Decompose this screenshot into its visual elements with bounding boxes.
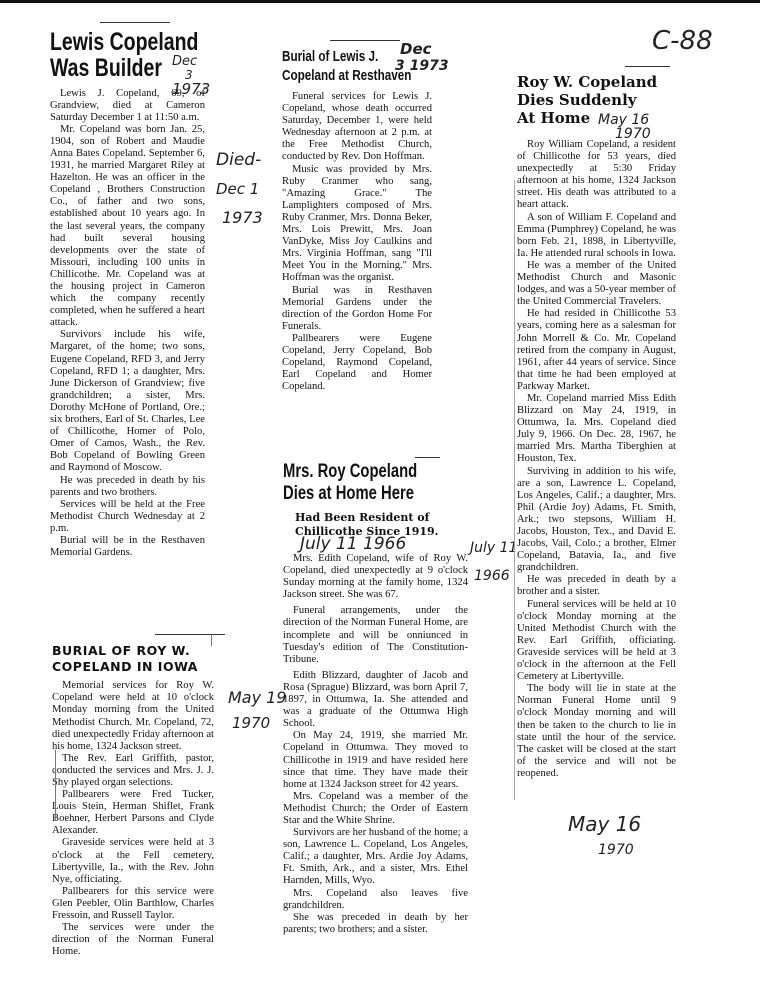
paragraph: She was preceded in death by her parents… — [283, 912, 468, 936]
clip-edge — [514, 180, 515, 800]
paragraph: Mr. Copeland was born Jan. 25, 1904, son… — [50, 124, 205, 330]
headline-line-2: Copeland at Resthaven — [282, 66, 399, 85]
paragraph: Graveside services were held at 3 o'cloc… — [52, 837, 214, 885]
margin-note: 1973 — [222, 208, 263, 227]
headline-line-1: Burial of Lewis J. — [282, 47, 399, 66]
article-burial-roy-iowa: BURIAL OF ROY W. COPELAND IN IOWA Memori… — [52, 643, 214, 958]
handwritten-date: 1973 — [172, 80, 210, 98]
paragraph: Pallbearers were Eugene Copeland, Jerry … — [282, 333, 432, 393]
headline-line-3: At Home — [517, 109, 676, 127]
margin-note: Died- — [216, 150, 261, 170]
paragraph: Music was provided by Mrs. Ruby Cranmer … — [282, 164, 432, 285]
handwritten-date: Dec — [400, 40, 432, 58]
paragraph: Pallbearers were Fred Tucker, Louis Stei… — [52, 789, 214, 837]
paragraph: He was a member of the United Methodist … — [517, 260, 676, 308]
headline-line-1: Mrs. Roy Copeland — [283, 461, 427, 483]
paragraph: He was preceded in death by his parents … — [50, 475, 205, 499]
page-label: C-88 — [652, 26, 713, 56]
article-body: Mrs. Edith Copeland, wife of Roy W. Cope… — [283, 553, 468, 936]
divider-rule — [330, 40, 400, 41]
article-body: Roy William Copeland, a resident of Chil… — [517, 139, 676, 780]
headline-line-1: Roy W. Copeland — [517, 73, 676, 91]
handwritten-date: 3 1973 — [395, 58, 449, 74]
paragraph: Services will be held at the Free Method… — [50, 499, 205, 535]
headline-line-1: Lewis Copeland — [50, 29, 171, 55]
clip-edge — [55, 750, 56, 820]
margin-note: July 11 — [470, 540, 517, 556]
divider-rule — [415, 457, 440, 458]
article-roy-dies-suddenly: Roy W. Copeland Dies Suddenly At Home Ro… — [517, 73, 676, 780]
article-body: Funeral services for Lewis J. Copeland, … — [282, 91, 432, 393]
paragraph: The Rev. Earl Griffith, pastor, conducte… — [52, 753, 214, 789]
article-body: Lewis J. Copeland, 69, of Grandview, die… — [50, 88, 205, 560]
handwritten-date: July 11 1966 — [300, 534, 406, 554]
paragraph: Roy William Copeland, a resident of Chil… — [517, 139, 676, 212]
paragraph: The body will lie in state at the Norman… — [517, 683, 676, 780]
handwritten-date: 1970 — [615, 126, 651, 142]
margin-note: Dec 1 — [216, 180, 259, 198]
paragraph: Mrs. Copeland was a member of the Method… — [283, 791, 468, 827]
paragraph: Pallbearers for this service were Glen P… — [52, 886, 214, 922]
divider-rule — [625, 66, 670, 67]
scan-top-edge — [0, 0, 760, 3]
paragraph: Surviving in addition to his wife, are a… — [517, 466, 676, 575]
paragraph: Funeral services for Lewis J. Copeland, … — [282, 91, 432, 164]
paragraph: Burial was in Resthaven Memorial Gardens… — [282, 285, 432, 333]
handwritten-date: Dec — [172, 54, 197, 69]
headline-line-2: Dies at Home Here — [283, 483, 427, 505]
headline-line-2: Was Builder — [50, 55, 171, 81]
divider-rule — [155, 634, 225, 635]
paragraph: Memorial services for Roy W. Copeland we… — [52, 680, 214, 753]
paragraph: Edith Blizzard, daughter of Jacob and Ro… — [283, 670, 468, 730]
margin-note: May 16 — [568, 812, 641, 836]
paragraph: He was preceded in death by a brother an… — [517, 574, 676, 598]
paragraph: Funeral arrangements, under the directio… — [283, 605, 468, 665]
subheadline-line-1: Had Been Resident of — [295, 511, 468, 525]
margin-note: 1970 — [232, 714, 270, 732]
margin-note: May 19 — [228, 688, 287, 707]
paragraph: Survivors include his wife, Margaret, of… — [50, 329, 205, 474]
margin-note: 1970 — [598, 842, 634, 858]
article-body: Memorial services for Roy W. Copeland we… — [52, 680, 214, 958]
paragraph: Survivors are her husband of the home; a… — [283, 827, 468, 887]
paragraph: Burial will be in the Resthaven Memorial… — [50, 535, 205, 559]
article-lewis-builder: Lewis Copeland Was Builder Lewis J. Cope… — [50, 22, 205, 559]
paragraph: Mrs. Copeland also leaves five grandchil… — [283, 888, 468, 912]
divider-rule — [100, 22, 170, 23]
paragraph: On May 24, 1919, she married Mr. Copelan… — [283, 730, 468, 790]
article-burial-lewis-resthaven: Burial of Lewis J. Copeland at Resthaven… — [282, 40, 432, 393]
article-mrs-roy-dies: Mrs. Roy Copeland Dies at Home Here Had … — [283, 461, 468, 936]
paragraph: He had resided in Chillicothe 53 years, … — [517, 308, 676, 393]
headline-line-1: BURIAL OF ROY W. — [52, 643, 214, 659]
paragraph: Mr. Copeland married Miss Edith Blizzard… — [517, 393, 676, 466]
paragraph: Mrs. Edith Copeland, wife of Roy W. Cope… — [283, 553, 468, 601]
paragraph: A son of William F. Copeland and Emma (P… — [517, 212, 676, 260]
margin-note: 1966 — [474, 568, 510, 584]
headline-line-2: Dies Suddenly — [517, 91, 676, 109]
paragraph: The services were under the direction of… — [52, 922, 214, 958]
headline-line-2: COPELAND IN IOWA — [52, 659, 214, 675]
paragraph: Funeral services will be held at 10 o'cl… — [517, 599, 676, 684]
